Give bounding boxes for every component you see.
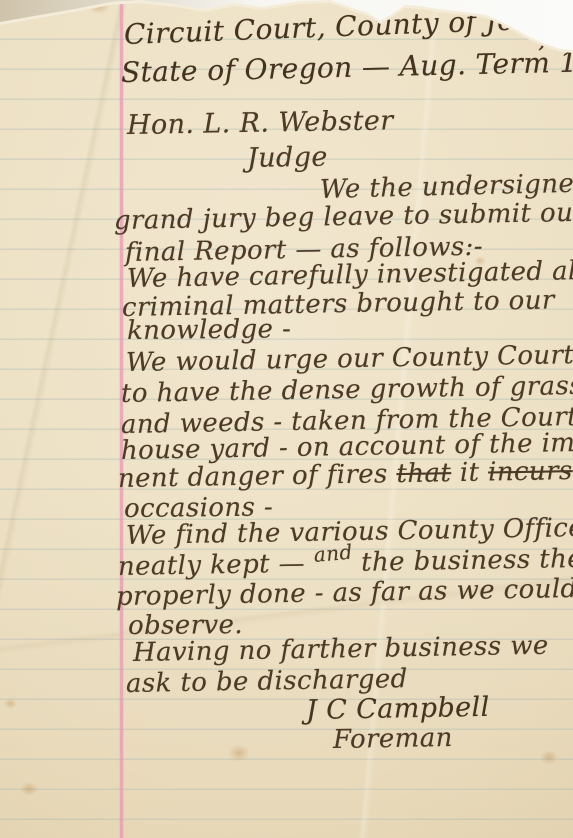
text-segment: nent danger of fires — [118, 459, 397, 494]
struck-word: that — [396, 458, 451, 489]
signature-name: J C Campbell — [306, 694, 490, 726]
stain-spot — [228, 744, 250, 762]
stain-spot — [540, 750, 558, 765]
struck-word: incurs — [488, 456, 573, 487]
text-segment: the business therein — [352, 543, 573, 578]
document-scan: Circuit Court, County of Josephine State… — [0, 0, 573, 838]
stain-spot — [20, 782, 38, 796]
signature-title: Foreman — [333, 725, 453, 754]
body-line: knowledge - — [127, 316, 292, 345]
stain-spot — [4, 698, 17, 709]
text-segment: it — [451, 458, 488, 489]
salutation-judge-title: Judge — [247, 144, 328, 174]
inserted-word: and — [313, 542, 353, 566]
text-segment: neatly kept — — [118, 549, 314, 582]
stain-spot — [544, 4, 556, 14]
paper-sheet: Circuit Court, County of Josephine State… — [0, 0, 573, 838]
ink-speck: , — [538, 26, 547, 53]
salutation-judge-name: Hon. L. R. Webster — [127, 107, 394, 140]
